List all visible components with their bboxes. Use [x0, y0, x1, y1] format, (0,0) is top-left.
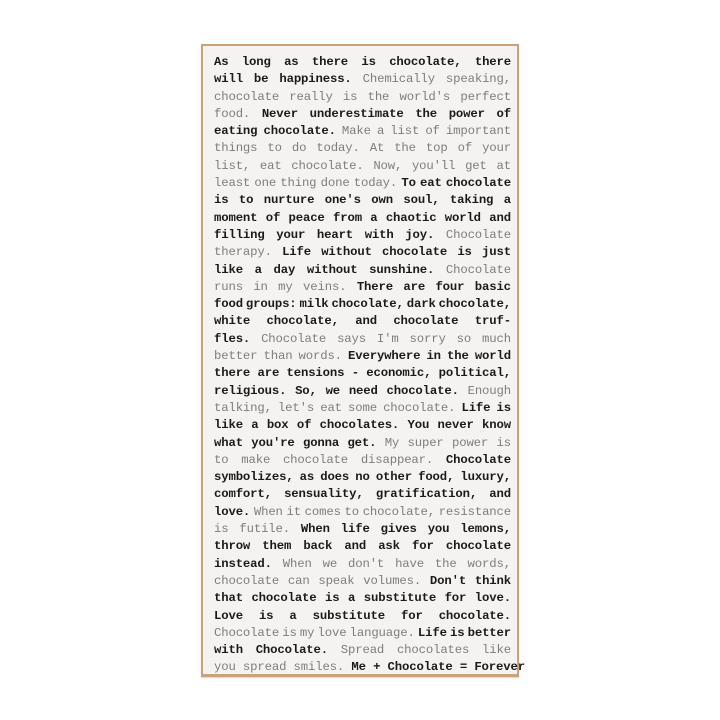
quote-text-dark: with — [214, 642, 243, 659]
chocolate-quotes-sign: Aslongasthereischocolate,therewillbehapp… — [201, 44, 519, 677]
quote-text-dark: happiness. — [279, 71, 351, 88]
quote-text-light: eat — [260, 158, 282, 175]
quote-text-dark: world — [445, 210, 481, 227]
quote-text-dark: world — [475, 348, 511, 365]
quote-text-dark: tensions — [287, 365, 345, 382]
quote-line: runsinmyveins.Therearefourbasic — [214, 279, 511, 296]
quote-text-light: to — [214, 452, 228, 469]
quote-text-dark: Love — [214, 608, 243, 625]
quote-text-dark: ask — [378, 538, 400, 555]
quote-line: therearetensions-economic,political, — [214, 365, 511, 382]
quote-text-dark: substitute — [313, 608, 385, 625]
quote-line: food.Neverunderestimatethepowerof — [214, 106, 511, 123]
quote-text-light: things — [214, 140, 257, 157]
quote-line: momentofpeacefromachaoticworldand — [214, 210, 511, 227]
quote-text-light: some — [348, 400, 377, 417]
quote-text-dark: will — [214, 71, 243, 88]
quote-text-dark: of — [266, 210, 280, 227]
quote-text-dark: chocolate. — [264, 123, 336, 140]
quote-text-dark: as — [300, 469, 314, 486]
quote-text-dark: instead. — [214, 556, 272, 573]
quote-text-dark: Me — [351, 659, 373, 676]
quote-text-dark: a — [255, 262, 262, 279]
quote-text-dark: You — [408, 417, 430, 434]
quote-text-dark: know — [482, 417, 511, 434]
quote-text-dark: there — [312, 54, 348, 71]
quote-text-dark: there — [214, 365, 250, 382]
quote-text-light: is — [282, 625, 296, 642]
quote-line: therapy.Lifewithoutchocolateisjust — [214, 244, 511, 261]
quote-line: Loveisasubstituteforchocolate. — [214, 608, 511, 625]
quote-text-light: Chocolate — [214, 625, 279, 642]
quote-text-light: love — [318, 625, 347, 642]
quote-text-dark: eat — [420, 175, 442, 192]
quote-text-light: sorry — [410, 331, 446, 348]
quote-line: withChocolate.Spreadchocolateslike — [214, 642, 511, 659]
quote-text-dark: day — [274, 262, 296, 279]
quote-text-dark: is — [457, 244, 471, 261]
quote-text-dark: what — [214, 435, 243, 452]
quote-text-dark: chocolate — [393, 313, 458, 330]
quote-text-dark: like — [214, 417, 243, 434]
quote-text-light: speaking, — [446, 71, 511, 88]
quote-text-light: At — [370, 140, 384, 157]
quote-text-dark: of — [497, 106, 511, 123]
quote-text-dark: religious. — [214, 383, 286, 400]
quote-text-light: to — [345, 504, 359, 521]
quote-text-dark: we — [326, 383, 340, 400]
quote-text-dark: joy. — [405, 227, 434, 244]
quote-text-light: runs — [214, 279, 243, 296]
quote-text-light: a — [377, 123, 384, 140]
quote-text-light: My — [385, 435, 399, 452]
quote-text-light: the — [394, 140, 416, 157]
quote-line: willbehappiness.Chemicallyspeaking, — [214, 71, 511, 88]
quote-text-dark: There — [357, 279, 393, 296]
quote-text-light: can — [288, 573, 310, 590]
quote-text-light: words. — [299, 348, 342, 365]
quote-text-dark: comfort, — [214, 486, 272, 503]
quote-text-dark: to — [239, 192, 253, 209]
quote-text-dark: Chocolate — [446, 452, 511, 469]
quote-text-dark: chocolate — [251, 590, 316, 607]
quote-text-dark: chocolate, — [331, 296, 403, 313]
quote-line: throwthembackandaskforchocolate — [214, 538, 511, 555]
quote-text-light: we — [323, 556, 337, 573]
quote-text-light: make — [241, 452, 270, 469]
quote-line: istonurtureone'sownsoul,takinga — [214, 192, 511, 209]
quote-line: Chocolateismylovelanguage.Lifeisbetter — [214, 625, 511, 642]
quote-text-light: Enough — [468, 383, 511, 400]
quote-text-light: When — [254, 504, 283, 521]
quote-text-light: at — [496, 158, 510, 175]
quote-text-dark: you — [428, 521, 450, 538]
quote-text-dark: four — [435, 279, 464, 296]
quote-text-dark: symbolizes, — [214, 469, 294, 486]
quote-text-dark: love. — [475, 590, 511, 607]
quote-text-dark: the — [447, 348, 469, 365]
quote-text-light: you'll — [412, 158, 455, 175]
quote-text-light: much — [482, 331, 511, 348]
quote-text-light: the — [435, 556, 457, 573]
quote-text-dark: Forever — [474, 659, 525, 676]
quote-text-light: so — [457, 331, 471, 348]
quote-text-dark: chocolate — [446, 538, 511, 555]
quote-text-light: Spread — [341, 642, 384, 659]
quote-text-dark: taking — [450, 192, 493, 209]
quote-text-dark: chocolate, — [267, 313, 339, 330]
quote-line: you spread smiles. Me + Chocolate = Fore… — [214, 659, 511, 676]
quote-text-dark: your — [276, 227, 305, 244]
quote-text-dark: food — [214, 296, 243, 313]
quote-text-light: chocolate — [214, 573, 279, 590]
quote-line: comfort,sensuality,gratification,and — [214, 486, 511, 503]
quote-text-dark: back — [303, 538, 332, 555]
quote-text-light: my — [278, 279, 292, 296]
quote-line: likeadaywithoutsunshine.Chocolate — [214, 262, 511, 279]
quote-text-light: done — [321, 175, 350, 192]
quote-line: whitechocolate,andchocolatetruf- — [214, 313, 511, 330]
quote-text-dark: think — [475, 573, 511, 590]
quote-text-dark: eating — [214, 123, 257, 140]
quote-text-dark: Chocolate. — [256, 642, 328, 659]
quote-text-light: futile. — [239, 521, 290, 538]
quote-line: chocolatecanspeakvolumes.Don'tthink — [214, 573, 511, 590]
quote-text-light: perfect — [460, 89, 511, 106]
quote-text-dark: = — [460, 659, 474, 676]
quote-text-light: food. — [214, 106, 250, 123]
quote-text-dark: be — [254, 71, 268, 88]
quote-text-dark: and — [489, 210, 511, 227]
quote-text-dark: chocolate, — [389, 54, 461, 71]
quote-text-dark: political, — [439, 365, 511, 382]
quote-text-dark: moment — [214, 210, 257, 227]
quote-text-light: have — [395, 556, 424, 573]
quote-text-light: Chocolate — [446, 262, 511, 279]
quote-text-dark: When — [301, 521, 330, 538]
quote-text-light: let's — [278, 400, 314, 417]
quote-text-dark: So, — [295, 383, 317, 400]
quote-text-light: top — [426, 140, 448, 157]
quote-text-light: better — [214, 348, 257, 365]
quote-text-dark: are — [403, 279, 425, 296]
quote-text-dark: chocolates. — [320, 417, 400, 434]
quote-text-dark: food, — [418, 469, 454, 486]
quote-text-light: is — [496, 435, 510, 452]
quote-text-dark: in — [426, 348, 440, 365]
quote-text-dark: As — [214, 54, 228, 71]
quote-line: love.Whenitcomestochocolate,resistance — [214, 504, 511, 521]
quote-text-dark: To — [401, 175, 415, 192]
quote-text-light: your — [482, 140, 511, 157]
quote-text-light: in — [253, 279, 267, 296]
quote-text-dark: without — [307, 262, 358, 279]
quote-text-light: comes — [305, 504, 341, 521]
quote-text-light: Chocolate — [446, 227, 511, 244]
quote-text-light: super — [408, 435, 444, 452]
quote-line: talking,let'seatsomechocolate.Lifeis — [214, 400, 511, 417]
quote-line: tomakechocolatedisappear.Chocolate — [214, 452, 511, 469]
quote-text-light: get — [465, 158, 487, 175]
quote-text-light: the — [368, 89, 390, 106]
quote-text-dark: are — [257, 365, 279, 382]
quote-line: thatchocolateisasubstituteforlove. — [214, 590, 511, 607]
quote-text-light: really — [289, 89, 332, 106]
quote-text-dark: long — [242, 54, 271, 71]
quote-text-light: says — [337, 331, 366, 348]
quote-text-dark: other — [376, 469, 412, 486]
quote-text-light: speak — [318, 573, 354, 590]
quote-text-dark: Everywhere — [348, 348, 420, 365]
quote-text-dark: luxury, — [460, 469, 511, 486]
quote-text-dark: chocolate. — [387, 383, 459, 400]
quote-text-dark: box — [267, 417, 289, 434]
quote-text-dark: for — [445, 590, 467, 607]
quote-text-dark: filling — [214, 227, 265, 244]
quote-text-light: chocolate, — [363, 504, 435, 521]
quote-text-dark: and — [344, 538, 366, 555]
quote-text-light: disappear. — [361, 452, 433, 469]
quote-text-light: veins. — [303, 279, 346, 296]
quote-text-dark: does — [320, 469, 349, 486]
quote-text-dark: a — [504, 192, 511, 209]
quote-text-dark: sensuality, — [284, 486, 364, 503]
quote-text-light: of — [458, 140, 472, 157]
quote-text-dark: a — [251, 417, 258, 434]
quote-text-light: than — [264, 348, 293, 365]
quote-text-dark: a — [289, 608, 296, 625]
quote-text-dark: is — [497, 400, 511, 417]
quote-text-dark: power — [449, 106, 485, 123]
quote-text-dark: peace — [289, 210, 325, 227]
quote-text-dark: and — [355, 313, 377, 330]
quote-text-dark: basic — [475, 279, 511, 296]
quote-text-dark: economic, — [366, 365, 431, 382]
quote-text-dark: + — [373, 659, 387, 676]
quote-text-dark: milk — [300, 296, 329, 313]
quote-text-light: I'm — [377, 331, 399, 348]
quote-text-dark: truf- — [475, 313, 511, 330]
quote-text-light: do — [292, 140, 306, 157]
quote-line: betterthanwords.Everywhereintheworld — [214, 348, 511, 365]
quote-text-light: list — [390, 123, 419, 140]
quote-text-dark: Life — [282, 244, 311, 261]
quote-text-dark: lemons, — [460, 521, 511, 538]
quote-text-dark: soul, — [403, 192, 439, 209]
quote-text-dark: gonna — [303, 435, 339, 452]
quote-text-light: thing — [280, 175, 316, 192]
quote-text-dark: chocolate. — [439, 608, 511, 625]
quote-text-dark: Life — [461, 400, 490, 417]
quote-text-dark: is — [361, 54, 375, 71]
quote-line: symbolizes,asdoesnootherfood,luxury, — [214, 469, 511, 486]
quote-text-dark: no — [355, 469, 369, 486]
quote-text-dark: groups: — [246, 296, 297, 313]
quote-text-light: don't — [348, 556, 384, 573]
quote-text-dark: is — [259, 608, 273, 625]
quote-line: instead.Whenwedon'thavethewords, — [214, 556, 511, 573]
quote-text-dark: sunshine. — [369, 262, 434, 279]
quote-line: whatyou'regonnaget.Mysuperpoweris — [214, 435, 511, 452]
quote-text-dark: - — [352, 365, 359, 382]
quote-text-dark: underestimate — [310, 106, 404, 123]
quote-text-light: you — [214, 659, 243, 676]
quote-text-dark: them — [262, 538, 291, 555]
quote-text-dark: is — [214, 192, 228, 209]
quote-text-light: world's — [400, 89, 451, 106]
quote-line: religious.So,weneedchocolate.Enough — [214, 383, 511, 400]
quote-line: foodgroups:milkchocolate,darkchocolate, — [214, 296, 511, 313]
quote-text-dark: just — [482, 244, 511, 261]
quote-line: likeaboxofchocolates.Youneverknow — [214, 417, 511, 434]
quote-text-light: smiles. — [294, 659, 352, 676]
quote-line: chocolatereallyistheworld'sperfect — [214, 89, 511, 106]
quote-text-dark: with — [365, 227, 394, 244]
quote-text-dark: you're — [251, 435, 294, 452]
quote-text-dark: white — [214, 313, 250, 330]
quote-text-dark: life — [341, 521, 370, 538]
quote-line: leastonethingdonetoday.Toeatchocolate — [214, 175, 511, 192]
quote-text-light: is — [343, 89, 357, 106]
quote-line: fillingyourheartwithjoy.Chocolate — [214, 227, 511, 244]
quote-text-light: my — [300, 625, 314, 642]
quote-text-dark: substitute — [364, 590, 436, 607]
quote-text-light: today. — [316, 140, 359, 157]
quote-text-dark: chocolate — [446, 175, 511, 192]
quote-text-dark: never — [438, 417, 474, 434]
sign-text-block: Aslongasthereischocolate,therewillbehapp… — [214, 54, 511, 677]
quote-text-dark: need — [349, 383, 378, 400]
quote-text-light: list, — [214, 158, 250, 175]
quote-text-light: chocolate. — [291, 158, 363, 175]
quote-text-dark: a — [370, 210, 377, 227]
quote-text-dark: and — [489, 486, 511, 503]
quote-text-light: chocolate. — [383, 400, 455, 417]
quote-text-light: words, — [468, 556, 511, 573]
quote-text-light: is — [214, 521, 228, 538]
quote-text-dark: throw — [214, 538, 250, 555]
quote-text-dark: like — [214, 262, 243, 279]
quote-text-light: least — [214, 175, 250, 192]
quote-text-light: language. — [350, 625, 415, 642]
quote-text-dark: is — [325, 590, 339, 607]
quote-line: isfutile.Whenlifegivesyoulemons, — [214, 521, 511, 538]
quote-text-light: When — [283, 556, 312, 573]
quote-text-dark: as — [284, 54, 298, 71]
quote-line: fles.ChocolatesaysI'msorrysomuch — [214, 331, 511, 348]
quote-text-dark: for — [412, 538, 434, 555]
quote-text-dark: chaotic — [386, 210, 437, 227]
quote-text-dark: without — [321, 244, 372, 261]
quote-text-dark: gives — [381, 521, 417, 538]
quote-text-dark: heart — [317, 227, 353, 244]
quote-line: thingstodotoday.Atthetopofyour — [214, 140, 511, 157]
quote-text-light: today. — [354, 175, 397, 192]
quote-text-light: eat — [320, 400, 342, 417]
quote-text-dark: Chocolate — [388, 659, 460, 676]
quote-text-dark: one's — [325, 192, 361, 209]
quote-text-light: talking, — [214, 400, 272, 417]
quote-text-light: chocolate — [283, 452, 348, 469]
quote-text-dark: gratification, — [376, 486, 477, 503]
quote-line: list,eatchocolate.Now,you'llgetat — [214, 158, 511, 175]
quote-text-light: of — [425, 123, 439, 140]
quote-text-dark: own — [371, 192, 393, 209]
quote-text-light: Chemically — [363, 71, 435, 88]
quote-text-dark: the — [415, 106, 437, 123]
quote-text-light: one — [254, 175, 276, 192]
quote-text-dark: fles. — [214, 331, 250, 348]
quote-text-dark: of — [297, 417, 311, 434]
quote-text-light: chocolates — [397, 642, 469, 659]
quote-text-dark: Life — [418, 625, 447, 642]
quote-line: eatingchocolate.Makealistofimportant — [214, 123, 511, 140]
quote-text-light: it — [286, 504, 300, 521]
quote-line: Aslongasthereischocolate,there — [214, 54, 511, 71]
quote-text-dark: chocolate, — [439, 296, 511, 313]
quote-text-dark: is — [450, 625, 464, 642]
quote-text-light: Chocolate — [261, 331, 326, 348]
quote-text-dark: a — [348, 590, 355, 607]
quote-text-light: therapy. — [214, 244, 272, 261]
quote-text-dark: chocolate — [382, 244, 447, 261]
quote-text-light: Make — [342, 123, 371, 140]
quote-text-dark: better — [468, 625, 511, 642]
quote-text-dark: Never — [262, 106, 298, 123]
quote-text-dark: that — [214, 590, 243, 607]
quote-text-dark: dark — [407, 296, 436, 313]
quote-text-dark: there — [475, 54, 511, 71]
quote-text-dark: for — [401, 608, 423, 625]
quote-text-dark: love. — [214, 504, 250, 521]
quote-text-light: volumes. — [363, 573, 421, 590]
quote-text-dark: Don't — [430, 573, 466, 590]
quote-text-light: important — [446, 123, 511, 140]
quote-text-light: spread — [243, 659, 294, 676]
quote-text-light: power — [452, 435, 488, 452]
quote-text-dark: from — [333, 210, 362, 227]
quote-text-light: like — [482, 642, 511, 659]
quote-text-light: to — [267, 140, 281, 157]
quote-text-light: chocolate — [214, 89, 279, 106]
quote-text-dark: get. — [347, 435, 376, 452]
quote-text-light: Now, — [373, 158, 402, 175]
quote-text-light: resistance — [439, 504, 511, 521]
quote-text-dark: nurture — [264, 192, 315, 209]
